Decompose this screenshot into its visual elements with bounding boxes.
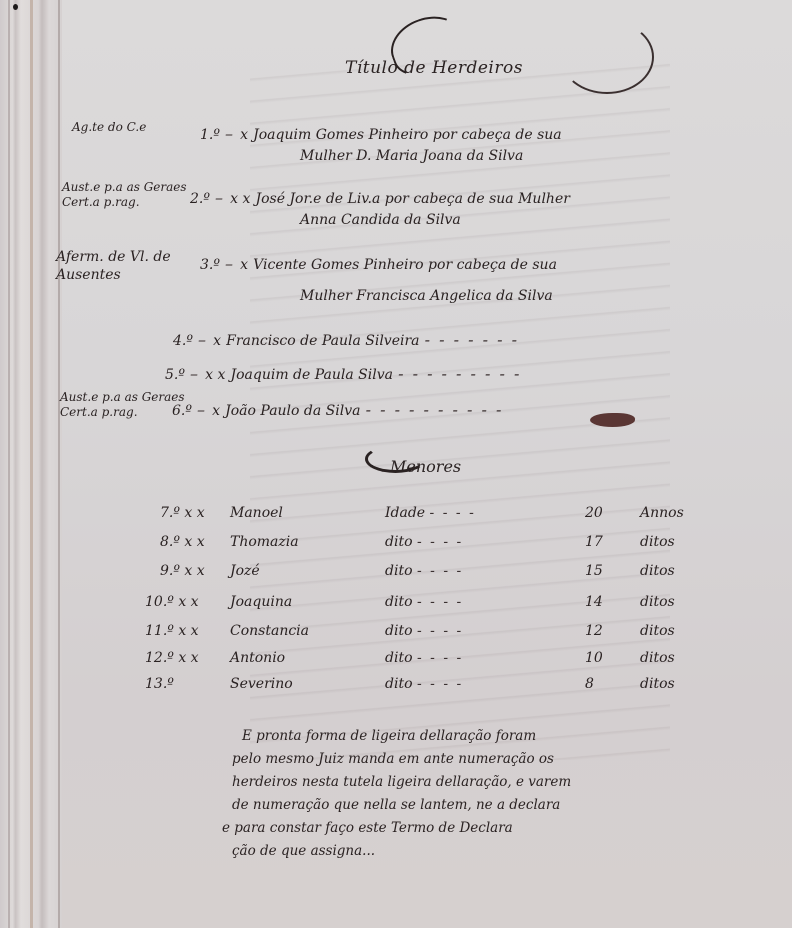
minor-age-unit: ditos <box>640 623 675 639</box>
paragraph-line: de numeração que nella se lantem, ne a d… <box>232 794 571 817</box>
minor-label: Idade <box>385 505 425 521</box>
entry-marks: x x <box>178 650 198 666</box>
minor-row-12: 12.º x x Antonio dito - - - - 10 ditos <box>145 650 675 666</box>
heir-entry-2: 2.º – x x José Jor.e de Liv.a por cabeça… <box>190 188 570 207</box>
entry-marks: x x <box>205 367 225 383</box>
entry-marks: x x <box>230 191 250 207</box>
entry-text: Vicente Gomes Pinheiro por cabeça de sua <box>253 257 557 273</box>
entry-text: Joaquim Gomes Pinheiro por cabeça de sua <box>253 127 562 143</box>
minor-age-unit: ditos <box>640 534 675 550</box>
page-title: Título de Herdeiros <box>345 58 523 78</box>
minor-age-unit: ditos <box>640 676 675 692</box>
minor-row-8: 8.º x x Thomazia dito - - - - 17 ditos <box>160 534 675 550</box>
heir-entry-3-line2: Mulher Francisca Angelica da Silva <box>300 288 553 304</box>
entry-number: 10.º <box>145 594 174 610</box>
margin-note-line: Cert.a p.rag. <box>60 405 185 420</box>
minor-age: 10 <box>585 650 640 666</box>
minor-label: dito <box>385 594 413 610</box>
entry-text: Joaquim de Paula Silva <box>230 367 393 383</box>
minor-age: 17 <box>585 534 640 550</box>
ink-blot <box>590 413 635 427</box>
entry-number: 11.º <box>145 623 174 639</box>
underlying-pages-edge <box>0 0 70 928</box>
entry-number: 3.º <box>200 257 220 273</box>
minor-row-10: 10.º x x Joaquina dito - - - - 14 ditos <box>145 594 675 610</box>
paragraph-line: herdeiros nesta tutela ligeira dellaraçã… <box>232 771 571 794</box>
minor-name: Severino <box>230 676 385 692</box>
minor-age: 20 <box>585 505 640 521</box>
entry-marks: x <box>240 257 248 273</box>
heir-entry-1: 1.º – x Joaquim Gomes Pinheiro por cabeç… <box>200 124 562 143</box>
entry-number: 13.º <box>145 676 174 692</box>
minor-age-unit: Annos <box>640 505 684 521</box>
closing-paragraph: E pronta forma de ligeira dellaração for… <box>232 725 571 863</box>
margin-note-line: Aust.e p.a as Geraes <box>60 390 185 405</box>
margin-note-line: Aferm. de Vl. de <box>56 248 171 266</box>
paragraph-line: e para constar faço este Termo de Declar… <box>222 817 571 840</box>
entry-marks: x <box>213 333 221 349</box>
entry-number: 6.º <box>172 403 192 419</box>
entry-number: 9.º <box>160 563 180 579</box>
entry-number: 12.º <box>145 650 174 666</box>
entry-number: 2.º <box>190 191 210 207</box>
minor-row-13: 13.º Severino dito - - - - 8 ditos <box>145 676 675 692</box>
page-edge <box>8 0 10 928</box>
entry-marks: x x <box>178 594 198 610</box>
margin-note-line: Aust.e p.a as Geraes <box>62 180 187 195</box>
minor-label: dito <box>385 676 413 692</box>
minors-heading: Menores <box>390 457 461 476</box>
entry-marks: x <box>240 127 248 143</box>
entry-number: 1.º <box>200 127 220 143</box>
entry-marks: x x <box>184 534 204 550</box>
minor-label: dito <box>385 650 413 666</box>
heir-entry-3: 3.º – x Vicente Gomes Pinheiro por cabeç… <box>200 254 557 273</box>
minor-name: Joaquina <box>230 594 385 610</box>
minor-name: Manoel <box>230 505 385 521</box>
ink-spot <box>13 4 18 10</box>
minor-age-unit: ditos <box>640 650 675 666</box>
entry-text: Francisco de Paula Silveira <box>226 333 419 349</box>
entry-number: 5.º <box>165 367 185 383</box>
heir-entry-5: 5.º – x x Joaquim de Paula Silva - - - -… <box>165 364 521 383</box>
page-edge <box>58 0 60 928</box>
paragraph-line: E pronta forma de ligeira dellaração for… <box>232 725 571 748</box>
minor-age-unit: ditos <box>640 563 675 579</box>
minor-age: 12 <box>585 623 640 639</box>
heir-entry-4: 4.º – x Francisco de Paula Silveira - - … <box>173 330 519 349</box>
heir-entry-1-line2: Mulher D. Maria Joana da Silva <box>300 148 523 164</box>
margin-note-line: Cert.a p.rag. <box>62 195 187 210</box>
entry-marks: x <box>212 403 220 419</box>
margin-note-4: Aust.e p.a as Geraes Cert.a p.rag. <box>60 390 185 420</box>
entry-marks: x x <box>184 505 204 521</box>
minor-age: 15 <box>585 563 640 579</box>
minor-age: 8 <box>585 676 640 692</box>
minor-label: dito <box>385 534 413 550</box>
entry-number: 4.º <box>173 333 193 349</box>
minor-name: Constancia <box>230 623 385 639</box>
paragraph-line: ção de que assigna... <box>232 840 571 863</box>
minor-row-11: 11.º x x Constancia dito - - - - 12 dito… <box>145 623 675 639</box>
page-edge <box>30 0 33 928</box>
entry-marks: x x <box>178 623 198 639</box>
minor-row-7: 7.º x x Manoel Idade - - - - 20 Annos <box>160 505 684 521</box>
entry-text: José Jor.e de Liv.a por cabeça de sua Mu… <box>255 191 569 207</box>
minor-label: dito <box>385 623 413 639</box>
minor-row-9: 9.º x x Jozé dito - - - - 15 ditos <box>160 563 675 579</box>
entry-marks: x x <box>184 563 204 579</box>
entry-number: 8.º <box>160 534 180 550</box>
margin-note-line: Ausentes <box>56 266 171 284</box>
minor-age-unit: ditos <box>640 594 675 610</box>
entry-text: João Paulo da Silva <box>225 403 360 419</box>
paragraph-line: pelo mesmo Juiz manda em ante numeração … <box>232 748 571 771</box>
heir-entry-6: 6.º – x João Paulo da Silva - - - - - - … <box>172 400 503 419</box>
minor-name: Thomazia <box>230 534 385 550</box>
minor-name: Antonio <box>230 650 385 666</box>
entry-number: 7.º <box>160 505 180 521</box>
heir-entry-2-line2: Anna Candida da Silva <box>300 212 461 228</box>
minor-age: 14 <box>585 594 640 610</box>
minor-name: Jozé <box>230 563 385 579</box>
margin-note-3: Aferm. de Vl. de Ausentes <box>56 248 171 284</box>
minor-label: dito <box>385 563 413 579</box>
margin-note-1: Ag.te do C.e <box>72 120 146 135</box>
corner-flourish <box>560 20 654 94</box>
margin-note-2: Aust.e p.a as Geraes Cert.a p.rag. <box>62 180 187 210</box>
